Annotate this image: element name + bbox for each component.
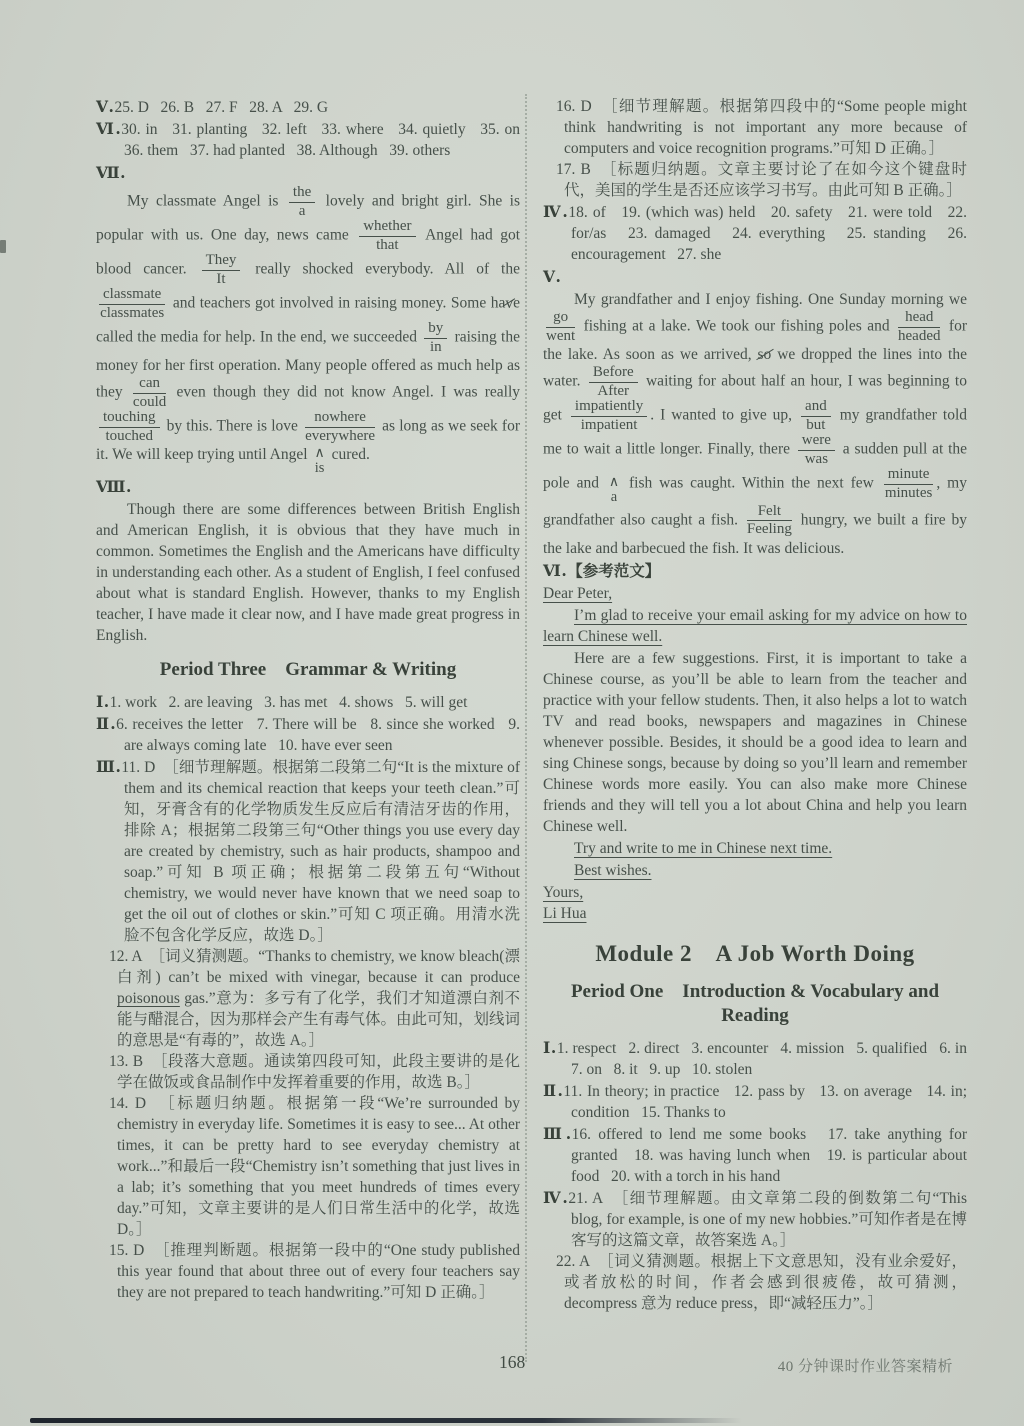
correction-replacement: minutes [884,485,934,502]
correction-pair: thea [289,185,315,219]
text-run: 11. D ［细节理解题。根据第二段第二句“It is the mixture … [121,759,524,944]
text-run: My grandfather and I enjoy fishing. One … [574,291,967,308]
insertion-mark: ∧is [314,447,324,475]
correction-replacement: Feeling [747,521,792,538]
text-run: Period One Introduction & Vocabulary and… [571,981,939,1026]
correction-replacement: touched [99,428,160,445]
bold-text: 【参考范文】 [567,563,660,580]
roman-numeral: Ⅰ. [543,1038,557,1057]
correction-pair: headheaded [898,310,940,344]
text-run: 25. D 26. B 27. F 28. A 29. G [114,99,328,116]
proofreading-passage-2: My grandfather and I enjoy fishing. One … [543,289,967,559]
explanation-11: Ⅲ.11. D ［细节理解题。根据第二段第二句“It is the mixtur… [96,756,520,946]
answer-line-v: Ⅴ.25. D 26. B 27. F 28. A 29. G [96,96,520,118]
roman-numeral: Ⅴ. [96,97,114,116]
correction-original: go [546,310,575,328]
answer-line-iii-m2: Ⅲ.16. offered to lend me some books 17. … [543,1123,967,1187]
text-run: Try and write to me in Chinese next time… [574,840,832,857]
explanation-16: 16. D ［细节理解题。根据第四段中的“Some people might t… [543,96,967,159]
correction-pair: minuteminutes [884,467,934,501]
correction-pair: gowent [546,310,575,344]
correction-original: were [798,433,835,451]
correction-original: Felt [747,504,792,522]
roman-numeral: Ⅲ. [543,1124,572,1143]
roman-numeral: Ⅱ. [96,714,116,733]
roman-numeral: Ⅴ. [543,267,561,286]
correction-replacement: in [424,339,447,356]
answer-line-ii-m2: Ⅱ.11. In theory; in practice 12. pass by… [543,1080,967,1123]
roman-numeral: Ⅳ. [543,202,568,221]
correction-original: touching [99,410,160,428]
text-run: 16. D ［细节理解题。根据第四段中的“Some people might t… [556,98,971,157]
text-run: 17. B ［标题归纳题。文章主要讨论了在如今这个键盘时代，美国的学生是否还应该… [556,161,967,199]
text-run: Module 2 A Job Worth Doing [595,941,914,966]
text-run: and teachers got involved in raising mon… [168,295,505,312]
text-run: Best wishes. [574,862,652,879]
correction-pair: cancould [133,376,166,410]
page-number: 168 [499,1352,525,1373]
text-run: Here are a few suggestions. First, it is… [543,650,967,835]
correction-replacement: everywhere [305,428,375,445]
letter-best-wishes: Best wishes. [543,860,967,881]
roman-numeral: Ⅱ. [543,1081,563,1100]
writing-passage-viii: Though there are some differences betwee… [96,499,520,646]
text-run: Yours, [543,884,583,901]
module-2-heading: Module 2 A Job Worth Doing [543,940,967,968]
correction-pair: classmateclassmates [99,287,165,321]
text-run: fishing at a lake. We took our fishing p… [578,318,895,335]
explanation-12: 12. A ［词义猜测题。“Thanks to chemistry, we kn… [96,946,520,1051]
model-essay-label: Ⅵ.【参考范文】 [543,560,967,582]
correction-replacement: impatient [571,417,647,434]
proofreading-passage-1: My classmate Angel is thea lovely and br… [96,185,520,475]
correction-pair: werewas [798,433,835,467]
text-run: Period Three Grammar & Writing [160,659,456,680]
correction-original: head [898,310,940,328]
text-run: fish was caught. Within the next few [622,475,881,492]
correction-original: nowhere [305,410,375,428]
explanation-13: 13. B ［段落大意题。通读第四段可知，此段主要讲的是化学在做饭或食品制作中发… [96,1051,520,1093]
correction-pair: nowhereeverywhere [305,410,375,444]
scan-artifact [0,240,6,253]
text-run: really shocked everybody. All of the [243,261,520,278]
text-run: 22. A ［词义猜测题。根据上下文意思知，没有业余爱好，或者放松的时间，作者会… [556,1253,967,1312]
correction-original: impatiently [571,399,647,417]
correction-replacement: It [202,271,241,288]
correction-original: They [202,253,241,271]
underlined-word: poisonous [117,990,180,1007]
text-run: 6. receives the letter 7. There will be … [116,716,524,754]
explanation-22: 22. A ［词义猜测题。根据上下文意思知，没有业余爱好，或者放松的时间，作者会… [543,1251,967,1314]
period-three-heading: Period Three Grammar & Writing [96,658,520,682]
text-run: 1. respect 2. direct 3. encounter 4. mis… [557,1040,979,1078]
letter-closing-line: Try and write to me in Chinese next time… [543,838,967,859]
right-column: 16. D ［细节理解题。根据第四段中的“Some people might t… [543,96,967,1314]
text-run: 21. A ［细节理解题。由文章第二段的倒数第二句“This blog, for… [568,1190,971,1249]
correction-original: can [133,376,166,394]
correction-original: minute [884,467,934,485]
answer-line-vi: Ⅵ.30. in 31. planting 32. left 33. where… [96,118,520,161]
text-run: 13. B ［段落大意题。通读第四段可知，此段主要讲的是化学在做饭或食品制作中发… [109,1053,520,1091]
text-run: I’m glad to receive your email asking fo… [543,607,967,645]
inserted-word: is [314,461,324,475]
period-one-heading: Period One Introduction & Vocabulary and… [543,980,967,1028]
letter-opening: I’m glad to receive your email asking fo… [543,605,967,647]
deleted-word: v [505,293,513,314]
explanation-17: 17. B ［标题归纳题。文章主要讨论了在如今这个键盘时代，美国的学生是否还应该… [543,159,967,201]
text-run: by this. There is love [163,418,303,435]
correction-pair: byin [424,321,447,355]
correction-pair: touchingtouched [99,410,160,444]
section-label-vii: Ⅶ. [96,162,520,184]
correction-original: and [801,399,831,417]
letter-body: Here are a few suggestions. First, it is… [543,648,967,837]
letter-signoff: Yours, [543,882,967,903]
text-run: 16. offered to lend me some books 17. ta… [571,1126,971,1185]
deleted-word: so [758,344,772,365]
text-run: cured. [328,446,370,463]
correction-replacement: that [359,237,415,254]
correction-replacement: classmates [99,305,165,322]
correction-replacement: headed [898,328,940,345]
roman-numeral: Ⅲ. [96,757,121,776]
insertion-mark: ∧a [609,476,619,504]
correction-pair: BeforeAfter [589,365,638,399]
text-run: 14. D ［标题归纳题。根据第一段“We’re surrounded by c… [109,1095,524,1238]
correction-original: by [424,321,447,339]
text-run: 18. of 19. (which was) held 20. safety 2… [568,204,971,263]
text-run: 30. in 31. planting 32. left 33. where 3… [121,121,531,159]
explanation-14: 14. D ［标题归纳题。根据第一段“We’re surrounded by c… [96,1093,520,1240]
correction-replacement: After [589,383,638,400]
caret-icon: ∧ [609,476,619,490]
text-run: 12. A ［词义猜测题。“Thanks to chemistry, we kn… [109,948,524,986]
roman-numeral: Ⅷ. [96,477,132,496]
correction-original: the [289,185,315,203]
explanation-15: 15. D ［推理判断题。根据第一段中的“One study published… [96,1240,520,1303]
text-run: 1. work 2. are leaving 3. has met 4. sho… [110,694,468,711]
correction-pair: FeltFeeling [747,504,792,538]
correction-pair: impatientlyimpatient [571,399,647,433]
section-label-v: Ⅴ. [543,266,967,288]
correction-replacement: could [133,394,166,411]
correction-original: classmate [99,287,165,305]
caret-icon: ∧ [314,447,324,461]
roman-numeral: Ⅳ. [543,1188,568,1207]
correction-original: Before [589,365,638,383]
inserted-word: a [609,490,619,504]
column-divider [525,94,527,1362]
text-run: Li Hua [543,905,586,922]
text-run: Dear Peter, [543,585,612,602]
text-run: My classmate Angel is [127,193,286,210]
correction-replacement: a [289,203,315,220]
text-run: 11. In theory; in practice 12. pass by 1… [563,1083,970,1121]
answer-line-ii: Ⅱ.6. receives the letter 7. There will b… [96,713,520,756]
correction-replacement: went [546,328,575,345]
correction-pair: whetherthat [359,219,415,253]
explanation-21: Ⅳ.21. A ［细节理解题。由文章第二段的倒数第二句“This blog, f… [543,1187,967,1251]
answer-line-i-m2: Ⅰ.1. respect 2. direct 3. encounter 4. m… [543,1037,967,1080]
letter-salutation: Dear Peter, [543,583,967,604]
answer-line-iv: Ⅳ.18. of 19. (which was) held 20. safety… [543,201,967,265]
section-label-viii: Ⅷ. [96,476,520,498]
correction-pair: andbut [801,399,831,433]
roman-numeral: Ⅰ. [96,692,110,711]
text-run: Though there are some differences betwee… [96,501,520,644]
letter-signature: Li Hua [543,903,967,924]
correction-original: whether [359,219,415,237]
text-run: even though they did not know Angel. I w… [169,384,520,401]
footer-book-title: 40 分钟课时作业答案精析 [778,1355,953,1376]
scan-edge-shadow [30,1418,742,1423]
roman-numeral: Ⅵ. [96,119,121,138]
text-run: . I wanted to give up, [650,407,798,424]
answer-line-i: Ⅰ.1. work 2. are leaving 3. has met 4. s… [96,691,520,713]
roman-numeral: Ⅵ. [543,561,567,580]
correction-replacement: was [798,451,835,468]
correction-replacement: but [801,417,831,434]
correction-pair: TheyIt [202,253,241,287]
roman-numeral: Ⅶ. [96,163,126,182]
left-column: Ⅴ.25. D 26. B 27. F 28. A 29. GⅥ.30. in … [96,96,520,1303]
text-run: 15. D ［推理判断题。根据第一段中的“One study published… [109,1242,524,1301]
